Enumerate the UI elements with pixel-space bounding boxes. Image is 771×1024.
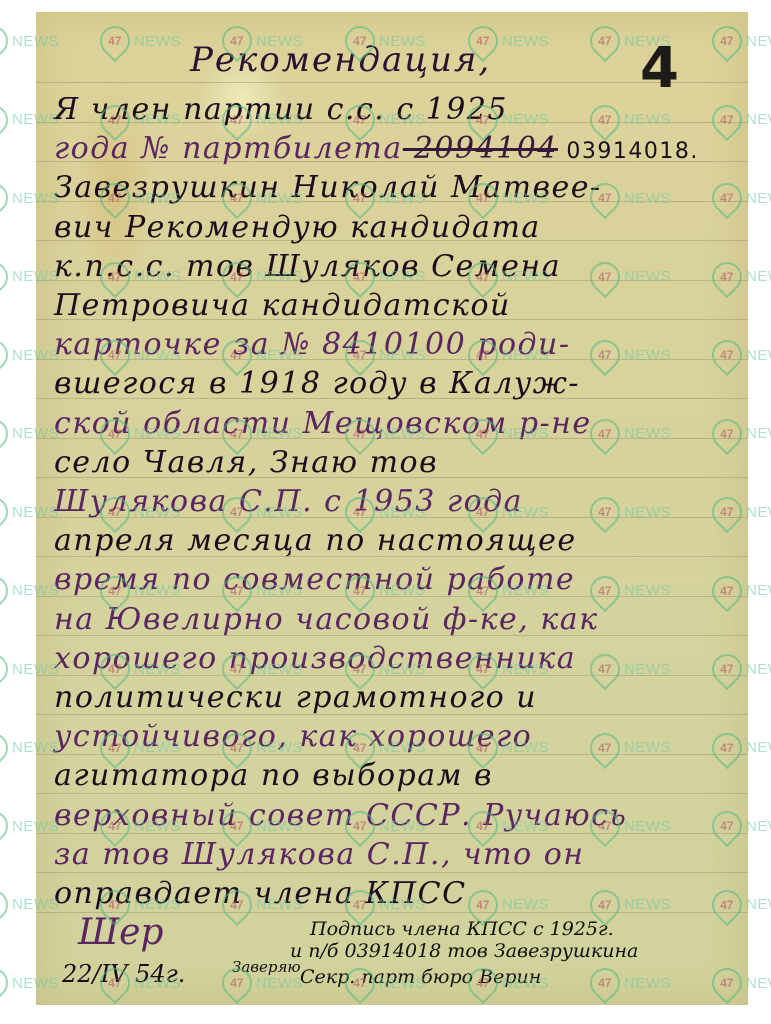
handwritten-line: ской области Мещовском р-не: [54, 406, 592, 441]
watermark-label: NEWS: [746, 739, 771, 756]
watermark-label: NEWS: [746, 425, 771, 442]
location-pin-icon: 47: [0, 491, 14, 533]
line-text: хорошего производственника: [54, 641, 576, 676]
location-pin-icon: 47: [0, 883, 14, 925]
line-text: на Ювелирно часовой ф-ке, как: [54, 602, 599, 637]
handwritten-line: устойчивого, как хорошего: [54, 719, 532, 754]
line-text: время по совместной работе: [54, 562, 575, 597]
line-text: Петровича кандидатской: [54, 288, 511, 323]
line-text: ской области Мещовском р-не: [54, 406, 592, 441]
watermark-label: NEWS: [746, 661, 771, 678]
handwritten-line: верховный совет СССР. Ручаюсь: [54, 798, 627, 833]
line-text: к.п.с.с. тов Шуляков Семена: [54, 249, 561, 284]
location-pin-icon: 47: [0, 334, 14, 376]
location-pin-icon: 47: [0, 20, 14, 62]
line-text: за тов Шулякова С.П., что он: [54, 837, 585, 872]
location-pin-icon: 47: [0, 569, 14, 611]
line-text: устойчивого, как хорошего: [54, 719, 532, 754]
line-text: Я член партии с.с. с 1925: [54, 92, 508, 127]
handwritten-line: политически грамотного и: [54, 680, 537, 715]
party-card-number: 03914018.: [558, 139, 699, 164]
line-text: года № партбилета: [54, 131, 403, 166]
line-text: агитатора по выборам в: [54, 758, 493, 793]
line-text: карточке за № 8410100 роди-: [54, 327, 570, 362]
watermark-label: NEWS: [746, 504, 771, 521]
location-pin-icon: 47: [0, 962, 14, 1004]
line-text: вшегося в 1918 году в Калуж-: [54, 366, 580, 401]
ruled-line: [36, 872, 748, 873]
watermark-label: NEWS: [746, 896, 771, 913]
watermark-label: NEWS: [746, 111, 771, 128]
watermark-label: NEWS: [746, 582, 771, 599]
certification-line-1: Подпись члена КПСС с 1925г.: [310, 918, 614, 940]
document-date: 22/IV 54г.: [62, 960, 185, 988]
watermark-label: NEWS: [746, 818, 771, 835]
handwritten-line: Я член партии с.с. с 1925: [54, 92, 508, 127]
line-text: вич Рекомендую кандидата: [54, 210, 541, 245]
document-title: Рекомендация,: [190, 40, 491, 80]
handwritten-line: хорошего производственника: [54, 641, 576, 676]
handwritten-line: время по совместной работе: [54, 562, 575, 597]
page-number-mark: 4: [640, 36, 679, 101]
handwritten-line: вшегося в 1918 году в Калуж-: [54, 366, 580, 401]
handwritten-line: карточке за № 8410100 роди-: [54, 327, 570, 362]
location-pin-icon: 47: [0, 98, 14, 140]
handwritten-line: Шулякова С.П. с 1953 года: [54, 484, 523, 519]
line-text: Шулякова С.П. с 1953 года: [54, 484, 523, 519]
certification-line-4: Секр. парт бюро Верин: [300, 966, 541, 988]
struck-number: 2094104: [403, 131, 558, 166]
handwritten-line: апреля месяца по настоящее: [54, 523, 577, 558]
handwritten-line: село Чавля, Знаю тов: [54, 445, 438, 480]
location-pin-icon: 47: [0, 726, 14, 768]
line-text: апреля месяца по настоящее: [54, 523, 577, 558]
handwritten-line: агитатора по выборам в: [54, 758, 493, 793]
ruled-line: [36, 833, 748, 834]
handwritten-line: года № партбилета 2094104 03914018.: [54, 131, 699, 166]
handwritten-line: за тов Шулякова С.П., что он: [54, 837, 585, 872]
watermark-label: NEWS: [746, 975, 771, 992]
line-text: оправдает члена КПСС: [54, 876, 467, 911]
certification-line-3: Заверяю: [232, 958, 301, 976]
line-text: Завезрушкин Николай Матвее-: [54, 170, 602, 205]
location-pin-icon: 47: [0, 412, 14, 454]
handwritten-line: к.п.с.с. тов Шуляков Семена: [54, 249, 561, 284]
watermark-label: NEWS: [746, 347, 771, 364]
watermark-label: NEWS: [746, 190, 771, 207]
line-text: село Чавля, Знаю тов: [54, 445, 438, 480]
line-text: верховный совет СССР. Ручаюсь: [54, 798, 627, 833]
handwritten-line: оправдает члена КПСС: [54, 876, 467, 911]
signature: Шер: [78, 912, 163, 953]
location-pin-icon: 47: [0, 177, 14, 219]
watermark-label: NEWS: [746, 33, 771, 50]
location-pin-icon: 47: [0, 805, 14, 847]
location-pin-icon: 47: [0, 255, 14, 297]
handwritten-line: на Ювелирно часовой ф-ке, как: [54, 602, 599, 637]
watermark-label: NEWS: [746, 268, 771, 285]
handwritten-line: вич Рекомендую кандидата: [54, 210, 541, 245]
certification-line-2: и п/б 03914018 тов Завезрушкина: [290, 940, 638, 962]
line-text: политически грамотного и: [54, 680, 537, 715]
handwritten-line: Завезрушкин Николай Матвее-: [54, 170, 602, 205]
handwritten-line: Петровича кандидатской: [54, 288, 511, 323]
location-pin-icon: 47: [0, 648, 14, 690]
